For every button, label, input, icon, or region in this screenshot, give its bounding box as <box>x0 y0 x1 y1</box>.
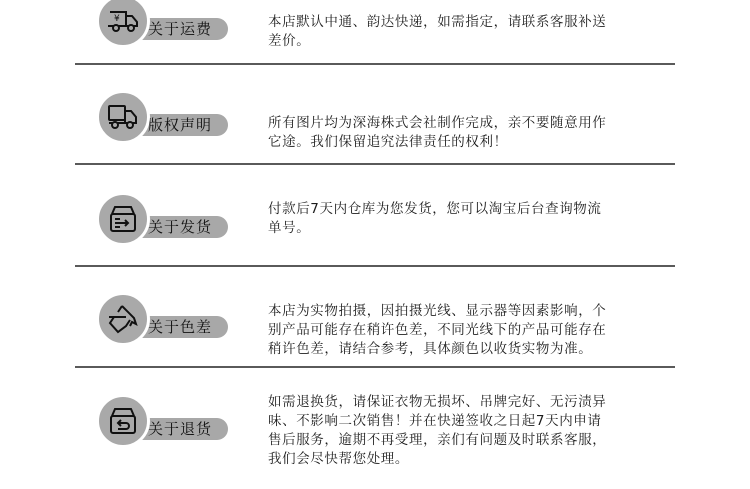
truck-yuan-icon: ¥ <box>96 0 150 48</box>
box-arrow-icon <box>96 192 150 246</box>
section-title: 关于退货 <box>148 420 212 438</box>
desc-line: 如需退换货，请保证衣物无损坏、吊牌完好、无污渍异 <box>268 393 668 412</box>
section-description: 如需退换货，请保证衣物无损坏、吊牌完好、无污渍异 味、不影响二次销售！并在快递签… <box>268 393 668 469</box>
desc-line: 所有图片均为深海株式会社制作完成，亲不要随意用作 <box>268 114 668 133</box>
paint-bucket-icon <box>96 292 150 346</box>
desc-line: 单号。 <box>268 219 668 238</box>
section-description: 付款后7天内仓库为您发货，您可以淘宝后台查询物流 单号。 <box>268 200 668 238</box>
divider <box>75 63 675 65</box>
section-title: 关于发货 <box>148 218 212 236</box>
section-title: 关于色差 <box>148 318 212 336</box>
returns-badge: 关于退货 <box>96 394 236 450</box>
desc-line: 本店默认中通、韵达快递，如需指定，请联系客服补送 <box>268 13 668 32</box>
section-description: 本店默认中通、韵达快递，如需指定，请联系客服补送 差价。 <box>268 13 668 51</box>
divider <box>75 163 675 165</box>
desc-line: 差价。 <box>268 32 668 51</box>
svg-text:¥: ¥ <box>114 14 120 24</box>
desc-line: 本店为实物拍摄，因拍摄光线、显示器等因素影响，个 <box>268 302 668 321</box>
desc-line: 付款后7天内仓库为您发货，您可以淘宝后台查询物流 <box>268 200 668 219</box>
desc-line: 味、不影响二次销售！并在快递签收之日起7天内申请 <box>268 412 668 431</box>
desc-line: 稍许色差，请结合参考，具体颜色以收货实物为准。 <box>268 340 668 359</box>
desc-line: 它途。我们保留追究法律责任的权利！ <box>268 133 668 152</box>
divider <box>75 366 675 368</box>
section-description: 所有图片均为深海株式会社制作完成，亲不要随意用作 它途。我们保留追究法律责任的权… <box>268 114 668 152</box>
section-description: 本店为实物拍摄，因拍摄光线、显示器等因素影响，个 别产品可能存在稍许色差，不同光… <box>268 302 668 359</box>
desc-line: 别产品可能存在稍许色差，不同光线下的产品可能存在 <box>268 321 668 340</box>
color-difference-badge: 关于色差 <box>96 292 236 348</box>
box-return-icon <box>96 394 150 448</box>
delivery-badge: 关于发货 <box>96 192 236 248</box>
desc-line: 我们会尽快帮您处理。 <box>268 450 668 469</box>
shipping-fee-badge: 关于运费 ¥ <box>96 0 236 50</box>
divider <box>75 265 675 267</box>
copyright-badge: 版权声明 <box>96 90 236 146</box>
section-title: 关于运费 <box>148 20 212 38</box>
truck-icon <box>96 90 150 144</box>
section-title: 版权声明 <box>148 116 212 134</box>
desc-line: 售后服务，逾期不再受理，亲们有问题及时联系客服， <box>268 431 668 450</box>
